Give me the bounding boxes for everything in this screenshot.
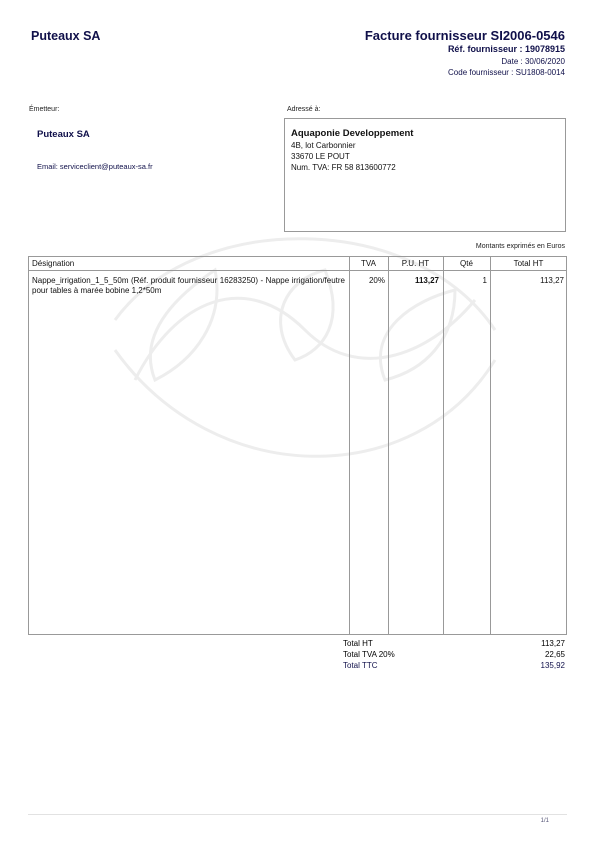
line-designation: Nappe_irrigation_1_5_50m (Réf. produit f… bbox=[32, 276, 345, 296]
emitter-email: Email: serviceclient@puteaux-sa.fr bbox=[37, 162, 153, 171]
invoice-date: Date : 30/06/2020 bbox=[501, 57, 565, 66]
supplier-code: Code fournisseur : SU1808-0014 bbox=[448, 68, 565, 77]
footer-divider bbox=[28, 814, 567, 815]
column-header-quantity: Qté bbox=[443, 259, 490, 268]
line-quantity: 1 bbox=[443, 276, 487, 285]
recipient-label: Adressé à: bbox=[287, 106, 320, 113]
invoice-title: Facture fournisseur SI2006-0546 bbox=[365, 28, 565, 43]
page-number: 1/1 bbox=[541, 818, 549, 824]
line-total-ht: 113,27 bbox=[490, 276, 564, 285]
total-tva-label: Total TVA 20% bbox=[343, 650, 395, 659]
recipient-vat-number: Num. TVA: FR 58 813600772 bbox=[291, 163, 396, 172]
total-ht-label: Total HT bbox=[343, 639, 373, 648]
line-unit-price: 113,27 bbox=[388, 276, 439, 285]
total-ttc-value: 135,92 bbox=[541, 661, 565, 670]
column-header-total-ht: Total HT bbox=[490, 259, 567, 268]
recipient-address-line: 4B, lot Carbonnier bbox=[291, 141, 355, 150]
supplier-ref: Réf. fournisseur : 19078915 bbox=[448, 44, 565, 54]
total-tva-value: 22,65 bbox=[545, 650, 565, 659]
emitter-name: Puteaux SA bbox=[37, 129, 90, 140]
recipient-name: Aquaponie Developpement bbox=[291, 128, 413, 139]
invoice-lines-table: Désignation TVA P.U. HT Qté Total HT Nap… bbox=[28, 256, 567, 635]
total-ht-value: 113,27 bbox=[541, 639, 565, 648]
total-ttc-label: Total TTC bbox=[343, 661, 378, 670]
column-header-tva: TVA bbox=[349, 259, 388, 268]
column-header-designation: Désignation bbox=[32, 259, 74, 268]
currency-note: Montants exprimés en Euros bbox=[476, 243, 565, 250]
emitter-label: Émetteur: bbox=[29, 106, 59, 113]
recipient-address-line: 33670 LE POUT bbox=[291, 152, 350, 161]
line-tva: 20% bbox=[349, 276, 385, 285]
company-header-name: Puteaux SA bbox=[31, 29, 100, 43]
column-header-unit-price: P.U. HT bbox=[388, 259, 443, 268]
